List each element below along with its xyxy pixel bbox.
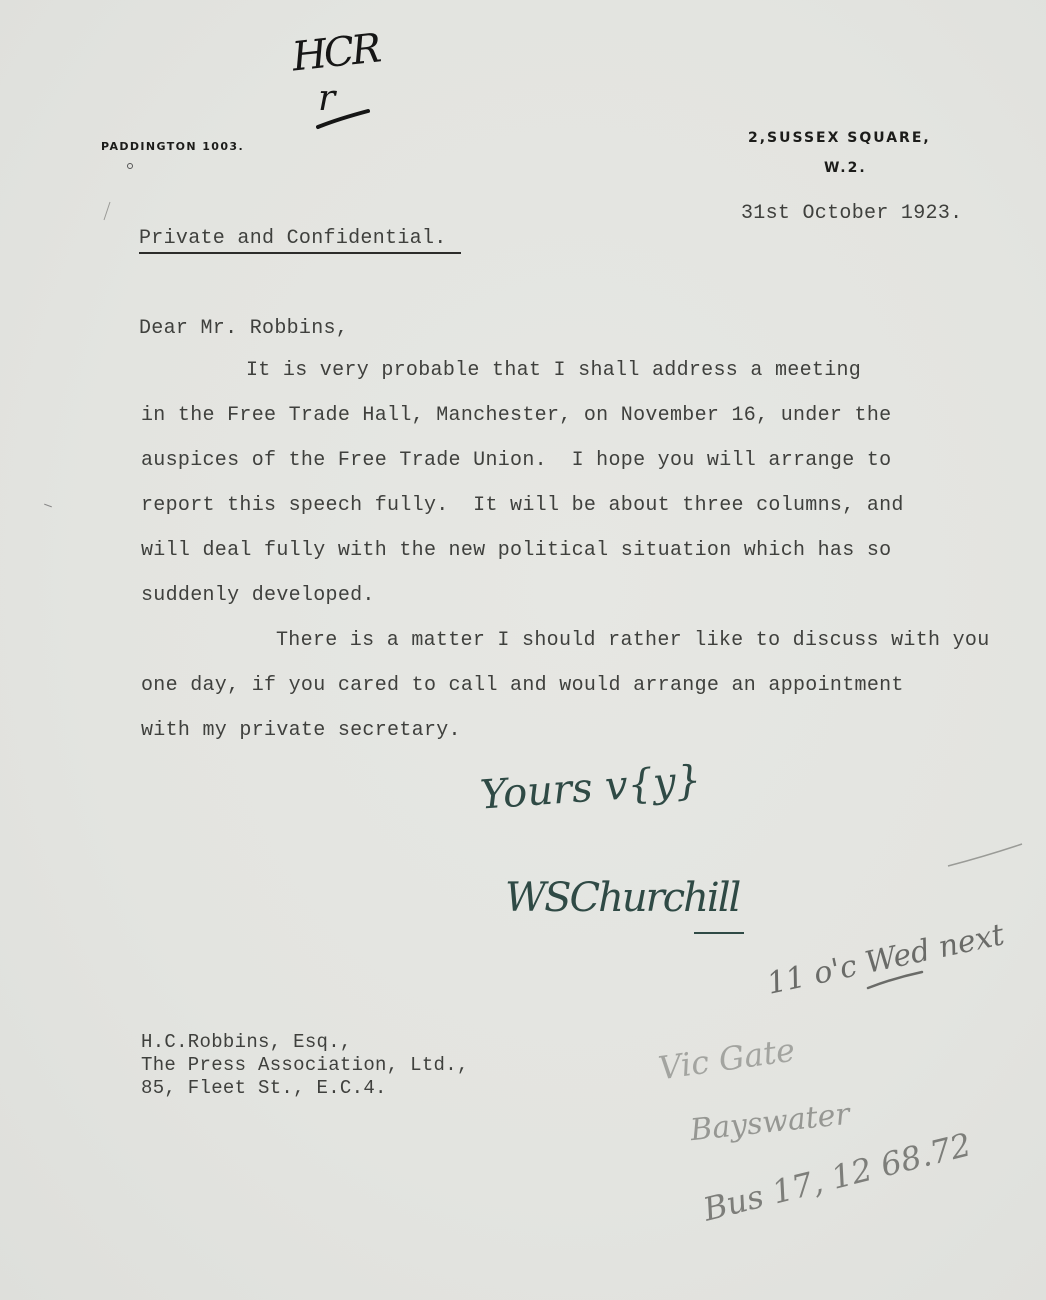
pencil-stroke-icon	[946, 840, 1026, 870]
pencil-underline-icon	[866, 968, 926, 992]
salutation: Dear Mr. Robbins,	[139, 317, 348, 340]
signature-underline	[694, 932, 744, 934]
classification-label: Private and Confidential.	[139, 227, 447, 250]
letterhead-telephone: PADDINGTON 1003.	[101, 140, 244, 153]
body-line-1: It is very probable that I shall address…	[246, 359, 861, 382]
body-line-8: one day, if you cared to call and would …	[141, 674, 904, 697]
valediction: Yours v{y}	[479, 757, 703, 818]
body-line-3: auspices of the Free Trade Union. I hope…	[141, 449, 891, 472]
letterhead-address-line2: W.2.	[824, 160, 867, 176]
letter-date: 31st October 1923.	[741, 202, 962, 225]
body-line-6: suddenly developed.	[141, 584, 375, 607]
letter-page: HCR r PADDINGTON 1003. 2,SUSSEX SQUARE, …	[0, 0, 1046, 1300]
recipient-line-3: 85, Fleet St., E.C.4.	[141, 1077, 387, 1099]
margin-mark-icon	[100, 200, 114, 222]
pencil-note-line-2: Bayswater	[689, 1097, 852, 1149]
recipient-line-1: H.C.Robbins, Esq.,	[141, 1031, 352, 1053]
handwritten-stroke-icon	[316, 105, 372, 133]
margin-tick	[44, 504, 52, 508]
body-line-4: report this speech fully. It will be abo…	[141, 494, 904, 517]
body-line-2: in the Free Trade Hall, Manchester, on N…	[141, 404, 891, 427]
dot-mark	[127, 163, 133, 169]
handwritten-initials: HCR	[290, 26, 381, 81]
classification-underline	[139, 252, 461, 254]
signature: WSChurchill	[505, 875, 739, 921]
body-line-7: There is a matter I should rather like t…	[276, 629, 990, 652]
body-line-5: will deal fully with the new political s…	[141, 539, 891, 562]
body-line-9: with my private secretary.	[141, 719, 461, 742]
pencil-note-line-1: Vic Gate	[656, 1031, 797, 1088]
recipient-line-2: The Press Association, Ltd.,	[141, 1054, 469, 1076]
letterhead-address-line1: 2,SUSSEX SQUARE,	[748, 130, 931, 146]
